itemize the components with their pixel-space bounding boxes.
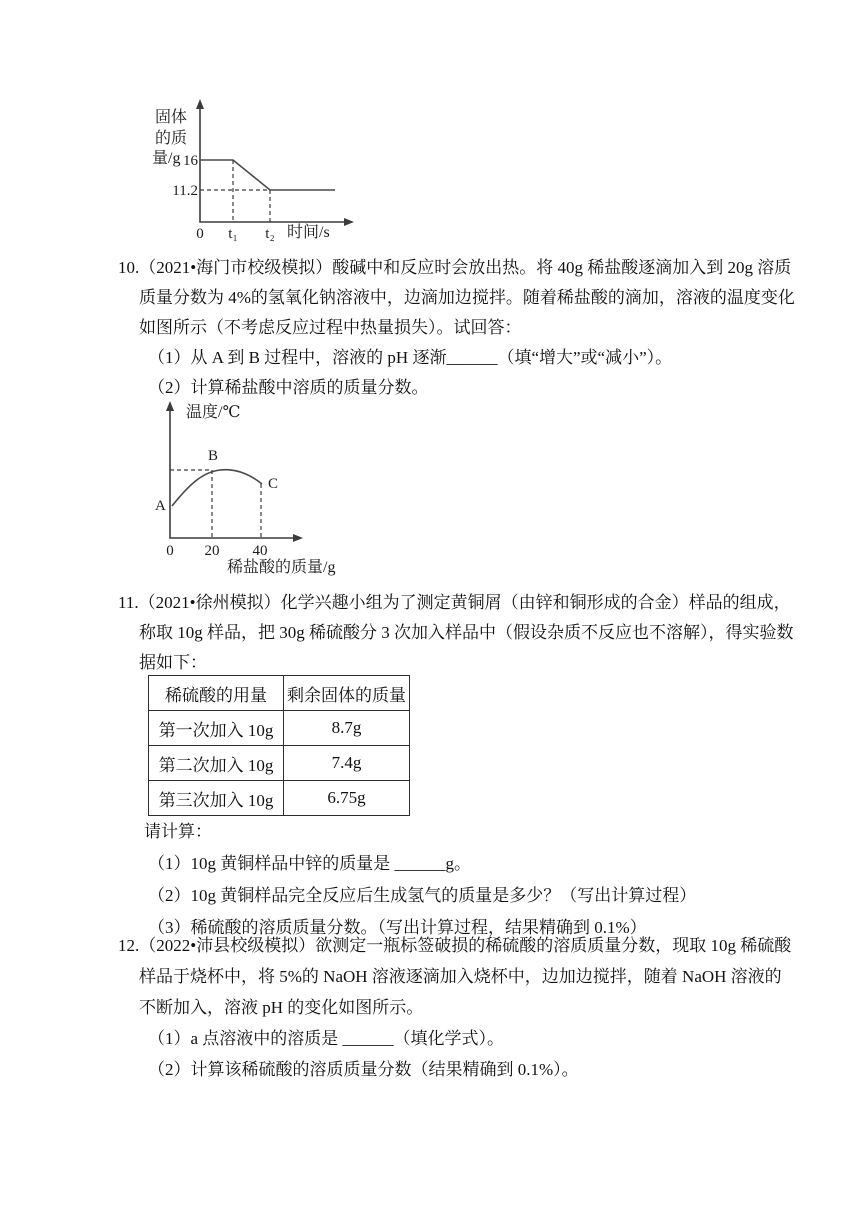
fig2-xtick-40: 40: [253, 543, 268, 559]
table-row: 第二次加入 10g 7.4g: [149, 746, 410, 781]
fig1-ylabel-line3: 量/g: [152, 149, 180, 167]
table-cell-remaining-1: 8.7g: [284, 711, 410, 746]
q12-line-1: 12.（2022•沛县校级模拟）欲测定一瓶标签破损的稀硫酸的溶质质量分数，现取 …: [118, 930, 741, 961]
table-cell-remaining-2: 7.4g: [284, 746, 410, 781]
fig2-axes: [170, 408, 296, 538]
q10-line-2: 质量分数为 4%的氢氧化钠溶液中，边滴加边搅拌。随着稀盐酸的滴加，溶液的温度变化: [139, 283, 741, 313]
question-11-calculations: 请计算： （1）10g 黄铜样品中锌的质量是 ______g。 （2）10g 黄…: [144, 816, 744, 944]
fig2-xtick-0: 0: [166, 543, 174, 559]
figure-temperature-vs-hcl-mass: 温度/℃ A B C 0 20 40 稀盐酸的质量/g: [150, 398, 390, 578]
exam-page: 固体 的质 量/g 16 11.2 0 t₁ t₂ 时间/s 10.（2021•…: [0, 0, 860, 1216]
table-header-remaining-solid: 剩余固体的质量: [284, 676, 410, 711]
fig1-xtick-t1: t₁: [228, 226, 237, 242]
q11-calc-prompt: 请计算：: [144, 816, 746, 848]
q11-item-1: （1）10g 黄铜样品中锌的质量是 ______g。: [148, 848, 741, 880]
fig2-yaxis-arrow-icon: [166, 401, 174, 411]
fig2-xaxis-arrow-icon: [293, 534, 303, 542]
fig2-point-c-label: C: [268, 476, 278, 492]
fig1-yaxis-arrow-icon: [196, 99, 204, 109]
fig1-ylabel-line1: 固体: [155, 108, 187, 126]
fig2-xtick-20: 20: [205, 543, 220, 559]
question-12: 12.（2022•沛县校级模拟）欲测定一瓶标签破损的稀硫酸的溶质质量分数，现取 …: [139, 930, 741, 1085]
q12-item-1: （1）a 点溶液中的溶质是 ______（填化学式）。: [148, 1023, 741, 1054]
q11-line-3: 据如下：: [139, 648, 741, 678]
table-cell-addition-3: 第三次加入 10g: [149, 781, 284, 816]
fig2-point-b-label: B: [208, 448, 218, 464]
fig1-axes: [200, 107, 347, 222]
fig1-dashed-guides: [200, 160, 270, 222]
table-header-acid-amount: 稀硫酸的用量: [149, 676, 284, 711]
q12-line-3: 不断加入，溶液 pH 的变化如图所示。: [139, 992, 741, 1023]
q12-line-2: 样品于烧杯中，将 5%的 NaOH 溶液逐滴加入烧杯中，边加边搅拌，随着 NaO…: [139, 961, 741, 992]
fig2-curve: [172, 470, 262, 506]
table-cell-addition-2: 第二次加入 10g: [149, 746, 284, 781]
q12-item-2: （2）计算该稀硫酸的溶质质量分数（结果精确到 0.1%）。: [148, 1054, 741, 1085]
fig2-xlabel: 稀盐酸的质量/g: [227, 557, 335, 576]
fig1-data-line: [200, 160, 335, 190]
fig1-xtick-0: 0: [196, 226, 204, 242]
fig2-ylabel: 温度/℃: [186, 403, 240, 421]
q10-item-1: （1）从 A 到 B 过程中，溶液的 pH 逐渐______（填“增大”或“减小…: [148, 343, 741, 373]
fig2-point-a-label: A: [155, 498, 166, 514]
table-cell-remaining-3: 6.75g: [284, 781, 410, 816]
fig1-ylabel-line2: 的质: [155, 129, 187, 147]
q11-line-1: 11.（2021•徐州模拟）化学兴趣小组为了测定黄铜屑（由锌和铜形成的合金）样品…: [118, 588, 741, 618]
fig1-xlabel: 时间/s: [287, 223, 330, 241]
question-11: 11.（2021•徐州模拟）化学兴趣小组为了测定黄铜屑（由锌和铜形成的合金）样品…: [139, 588, 741, 678]
fig2-dashed-guides: [170, 470, 261, 538]
table-row: 第一次加入 10g 8.7g: [149, 711, 410, 746]
table-cell-addition-1: 第一次加入 10g: [149, 711, 284, 746]
q10-line-1: 10.（2021•海门市校级模拟）酸碱中和反应时会放出热。将 40g 稀盐酸逐滴…: [118, 253, 741, 283]
acid-experiment-table: 稀硫酸的用量 剩余固体的质量 第一次加入 10g 8.7g 第二次加入 10g …: [148, 675, 410, 816]
table-header-row: 稀硫酸的用量 剩余固体的质量: [149, 676, 410, 711]
table-row: 第三次加入 10g 6.75g: [149, 781, 410, 816]
figure-solid-mass-vs-time: 固体 的质 量/g 16 11.2 0 t₁ t₂ 时间/s: [135, 95, 365, 245]
fig1-ytick-16: 16: [183, 153, 199, 169]
q10-line-3: 如图所示（不考虑反应过程中热量损失）。试回答：: [139, 313, 741, 343]
fig1-xtick-t2: t₂: [265, 226, 274, 242]
fig1-ytick-11-2: 11.2: [172, 183, 198, 199]
fig1-xaxis-arrow-icon: [344, 218, 354, 226]
q11-item-2: （2）10g 黄铜样品完全反应后生成氢气的质量是多少？（写出计算过程）: [148, 880, 741, 912]
q11-line-2: 称取 10g 样品，把 30g 稀硫酸分 3 次加入样品中（假设杂质不反应也不溶…: [139, 618, 741, 648]
question-10: 10.（2021•海门市校级模拟）酸碱中和反应时会放出热。将 40g 稀盐酸逐滴…: [139, 253, 741, 403]
